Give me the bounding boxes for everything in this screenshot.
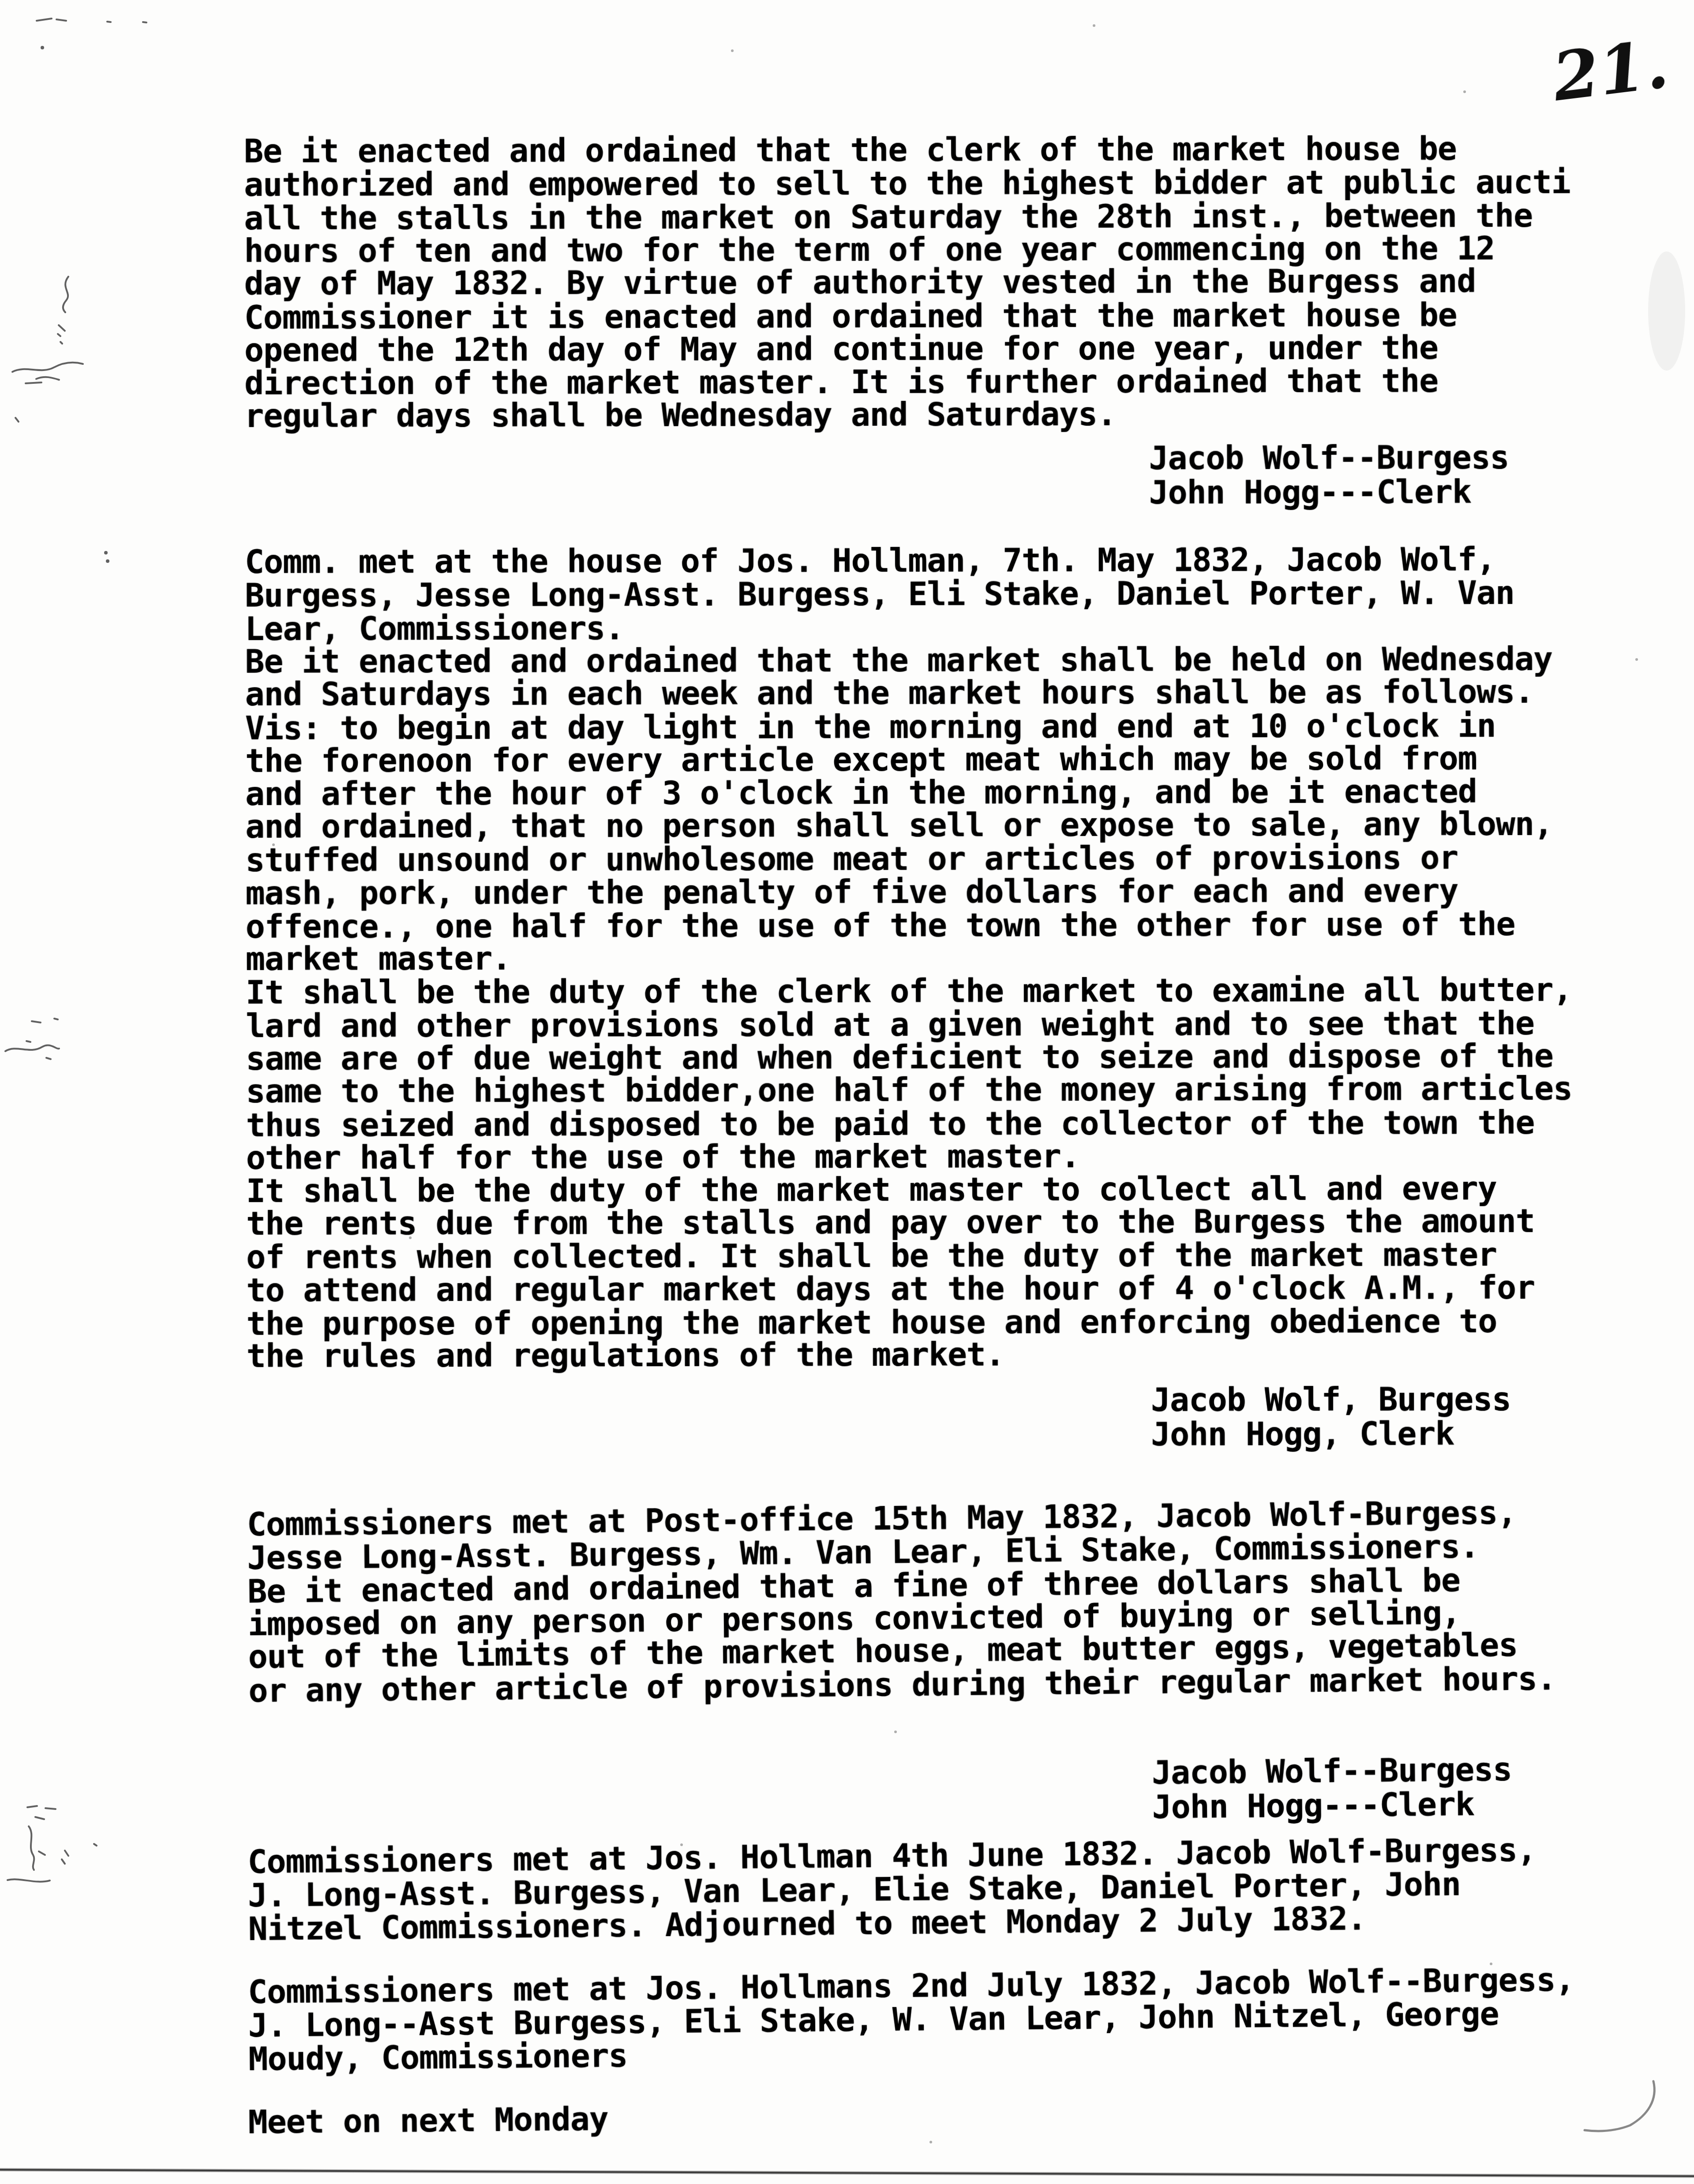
handwritten-page-number: 21. — [1548, 23, 1689, 116]
paragraph: Commissioners met at Post-office 15th Ma… — [247, 1495, 1674, 1707]
margin-mark-dots-mid — [104, 551, 109, 563]
text-line: thus seized and disposed to be paid to t… — [246, 1106, 1671, 1142]
text-line: Burgess, Jesse Long-Asst. Burgess, Eli S… — [245, 576, 1670, 612]
signature-line: Jacob Wolf--Burgess — [1149, 440, 1669, 476]
text-line: and ordained, that no person shall sell … — [245, 807, 1670, 843]
text-line: the forenoon for every article except me… — [245, 742, 1670, 778]
text-line: of rents when collected. It shall be the… — [246, 1238, 1671, 1274]
text-line: same to the highest bidder,one half of t… — [246, 1072, 1671, 1108]
signature-block: Jacob Wolf, BurgessJohn Hogg, Clerk — [1151, 1382, 1672, 1452]
text-line: Vis: to begin at day light in the mornin… — [245, 709, 1670, 745]
paragraph: Commissioners met at Jos. Hollman 4th Ju… — [247, 1833, 1673, 1945]
signature-line: Jacob Wolf, Burgess — [1151, 1382, 1672, 1417]
text-line: stuffed unsound or unwholesome meat or a… — [245, 841, 1670, 877]
text-line: Lear, Commissioners. — [245, 610, 1670, 646]
signature-line: John Hogg, Clerk — [1151, 1416, 1672, 1452]
text-line: the purpose of opening the market house … — [247, 1304, 1672, 1341]
text-line: opened the 12th day of May and continue … — [244, 331, 1669, 367]
text-line: regular days shall be Wednesday and Satu… — [244, 397, 1669, 433]
text-line: the rules and regulations of the market. — [247, 1337, 1672, 1373]
signature-line: John Hogg---Clerk — [1149, 475, 1670, 510]
margin-mark-scribble-left — [12, 363, 83, 422]
paragraph: Be it enacted and ordained that the cler… — [244, 132, 1669, 433]
text-line: direction of the market master. It is fu… — [244, 364, 1669, 400]
text-line: the rents due from the stalls and pay ov… — [246, 1204, 1671, 1240]
text-line: to attend and regular market days at the… — [246, 1271, 1671, 1307]
text-line: market master. — [246, 940, 1671, 976]
scan-bottom-edge-line — [0, 2169, 1694, 2177]
text-line: Be it enacted and ordained that the cler… — [244, 132, 1669, 168]
text-line: mash, pork, under the penalty of five do… — [246, 874, 1671, 910]
margin-mark-scribble-center — [5, 1019, 59, 1059]
signature-line: Jacob Wolf--Burgess — [1152, 1751, 1673, 1791]
text-line: Commissioner it is enacted and ordained … — [244, 298, 1669, 334]
signature-block: Jacob Wolf--BurgessJohn Hogg---Clerk — [1149, 440, 1669, 510]
text-line: lard and other provisions sold at a give… — [246, 1007, 1671, 1043]
scanned-page: 21. Be it enacted and ordained that the … — [0, 0, 1694, 2184]
text-line: day of May 1832. By virtue of authority … — [244, 264, 1669, 300]
text-line: offence., one half for the use of the to… — [246, 907, 1671, 944]
text-line: authorized and empowered to sell to the … — [244, 165, 1669, 202]
text-line: Meet on next Monday — [248, 2093, 1673, 2139]
text-line: Comm. met at the house of Jos. Hollman, … — [245, 543, 1670, 579]
signature-block: Jacob Wolf--BurgessJohn Hogg---Clerk — [1152, 1751, 1673, 1825]
margin-mark-squiggle-upper — [41, 46, 68, 344]
document-body: Be it enacted and ordained that the cler… — [244, 132, 1673, 2139]
text-line: other half for the use of the market mas… — [246, 1139, 1671, 1175]
margin-mark-scribble-lower — [7, 1806, 97, 1882]
paragraph: Comm. met at the house of Jos. Hollman, … — [245, 543, 1672, 1373]
paragraph: Meet on next Monday — [248, 2093, 1673, 2139]
text-line: It shall be the duty of the clerk of the… — [246, 973, 1671, 1009]
margin-mark-top-dashes — [37, 19, 146, 22]
text-line: and Saturdays in each week and the marke… — [245, 675, 1670, 711]
paragraph: Commissioners met at Jos. Hollmans 2nd J… — [248, 1963, 1674, 2075]
text-line: all the stalls in the market on Saturday… — [244, 199, 1669, 235]
signature-line: John Hogg---Clerk — [1152, 1786, 1673, 1825]
